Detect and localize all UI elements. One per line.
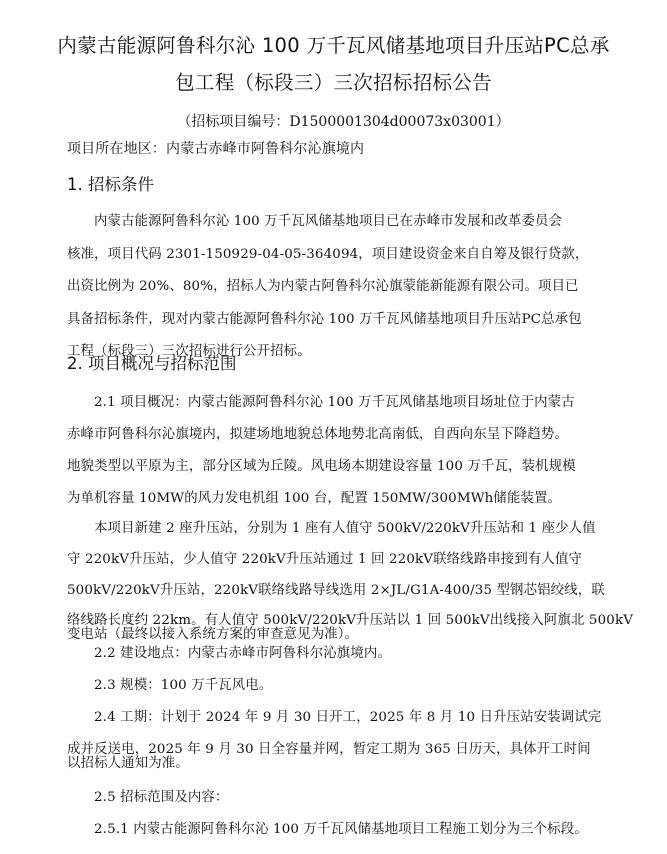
section-2-line: 2.5.1 内蒙古能源阿鲁科尔沁 100 万千瓦风储基地项目工程施工划分为三个标…: [94, 818, 588, 837]
section-2-line: 本项目新建 2 座升压站，分别为 1 座有人值守 500kV/220kV升压站和…: [94, 517, 596, 536]
document-title-line-2: 包工程（标段三）三次招标招标公告: [0, 67, 667, 95]
section-2-line: 地貌类型以平原为主，部分区域为丘陵。风电场本期建设容量 100 万千瓦，装机规模: [67, 455, 576, 474]
section-2-line: 为单机容量 10MW的风力发电机组 100 台，配置 150MW/300MWh储…: [67, 487, 561, 506]
section-heading-1: 1. 招标条件: [67, 171, 154, 195]
section-heading-2: 2. 项目概况与招标范围: [67, 350, 237, 374]
section-2-line: 500kV/220kV升压站，220kV联络线路导线选用 2×JL/G1A-40…: [67, 579, 605, 598]
section-2-line: 2.4 工期：计划于 2024 年 9 月 30 日开工，2025 年 8 月 …: [94, 706, 601, 725]
section-1-line: 内蒙古能源阿鲁科尔沁 100 万千瓦风储基地项目已在赤峰市发展和改革委员会: [94, 210, 562, 229]
project-location: 项目所在地区：内蒙古赤峰市阿鲁科尔沁旗境内: [67, 138, 364, 158]
section-1-line: 出资比例为 20%、80%，招标人为内蒙古阿鲁科尔沁旗蒙能新能源有限公司。项目已: [67, 275, 579, 294]
section-2-line: 赤峰市阿鲁科尔沁旗境内，拟建场地地貌总体地势北高南低，自西向东呈下降趋势。: [67, 423, 568, 442]
document-title-line-1: 内蒙古能源阿鲁科尔沁 100 万千瓦风储基地项目升压站PC总承: [0, 30, 667, 58]
section-2-line: 2.2 建设地点：内蒙古赤峰市阿鲁科尔沁旗境内。: [94, 642, 391, 661]
section-2-line: 变电站（最终以接入系统方案的审查意见为准）。: [67, 623, 358, 642]
section-2-line: 以招标人通知为准。: [67, 752, 189, 771]
section-2-line: 2.5 招标范围及内容：: [94, 786, 228, 805]
section-2-line: 2.1 项目概况：内蒙古能源阿鲁科尔沁 100 万千瓦风储基地项目场址位于内蒙古: [94, 391, 575, 410]
section-1-line: 具备招标条件，现对内蒙古能源阿鲁科尔沁 100 万千瓦风储基地项目升压站PC总承…: [67, 308, 582, 327]
section-2-line: 2.3 规模：100 万千瓦风电。: [94, 674, 272, 693]
section-1-line: 核准，项目代码 2301-150929-04-05-364094，项目建设资金来…: [67, 243, 588, 262]
section-2-line: 守 220kV升压站，少人值守 220kV升压站通过 1 回 220kV联络线路…: [67, 548, 582, 567]
project-number: （招标项目编号：D1500001304d00073x03001）: [0, 111, 667, 131]
